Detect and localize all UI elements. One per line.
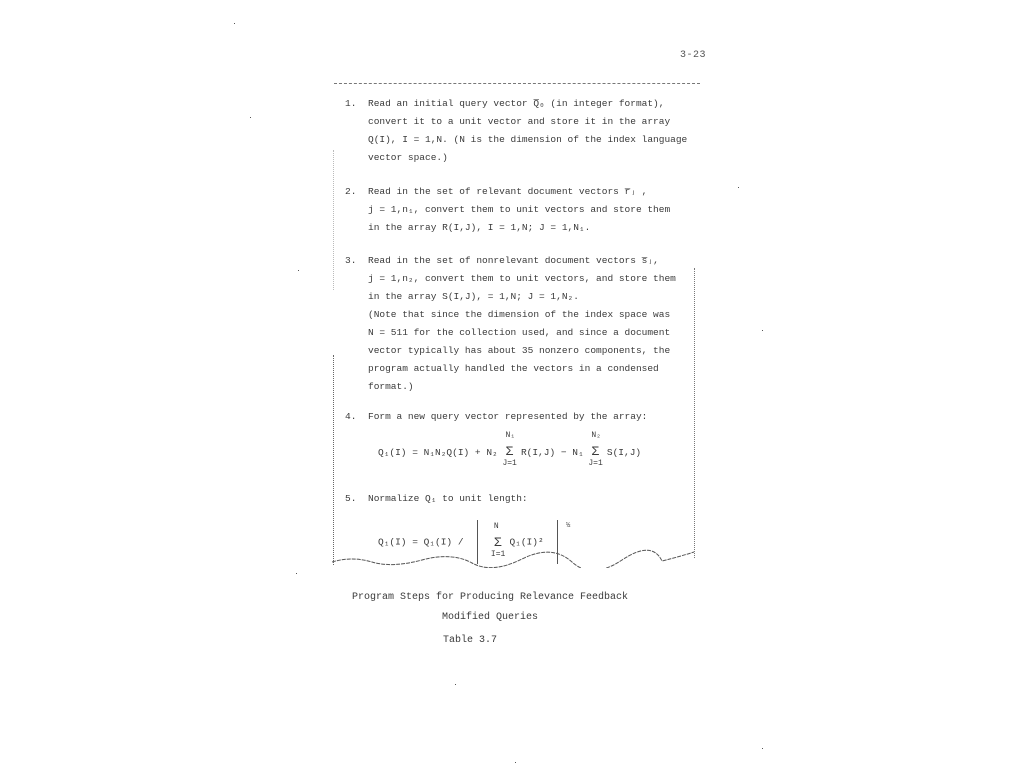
scan-speck [234, 23, 235, 24]
table-label: Table 3.7 [0, 635, 970, 646]
step-text-line: program actually handled the vectors in … [368, 360, 688, 378]
summation-symbol: ΣN₁J=1 [505, 444, 513, 459]
summation-symbol: ΣN₂J=1 [591, 444, 599, 459]
step-text-line: vector typically has about 35 nonzero co… [368, 342, 688, 360]
step-text-line: Normalize Q₁ to unit length: [368, 490, 688, 508]
formula-term: Q₁(I)² [509, 537, 543, 548]
scan-speck [455, 684, 456, 685]
step-number: 5. [345, 490, 365, 508]
left-border [333, 355, 334, 565]
page-number: 3-23 [680, 50, 706, 61]
formula-lhs: Q₁(I) = Q₁(I) / [378, 537, 464, 548]
step-number: 3. [345, 252, 365, 270]
step-text-line: N = 511 for the collection used, and sin… [368, 324, 688, 342]
caption-line-1: Program Steps for Producing Relevance Fe… [0, 592, 990, 603]
right-border [694, 268, 695, 558]
step-text-line: Form a new query vector represented by t… [368, 408, 688, 426]
step-text-line: j = 1,n₂, convert them to unit vectors, … [368, 270, 688, 288]
step-text-line: j = 1,n₁, convert them to unit vectors a… [368, 201, 688, 219]
step-text-line: Q(I), I = 1,N. (N is the dimension of th… [368, 131, 688, 149]
step-4-formula: Q₁(I) = N₁N₂Q(I) + N₂ ΣN₁J=1 R(I,J) − N₁… [378, 444, 641, 459]
left-border-upper [333, 150, 334, 290]
scan-speck [298, 270, 299, 271]
top-rule [334, 83, 700, 84]
step-text-line: vector space.) [368, 149, 688, 167]
step-text-line: Read an initial query vector Q̅₀ (in int… [368, 95, 688, 113]
step-text-line: Read in the set of relevant document vec… [368, 183, 688, 201]
formula-lhs: Q₁(I) = N₁N₂Q(I) + N₂ [378, 447, 498, 458]
caption-line-2: Modified Queries [0, 612, 990, 623]
step-5-formula: Q₁(I) = Q₁(I) / ΣNI=1 Q₁(I)² ½ [378, 520, 570, 564]
step-number: 4. [345, 408, 365, 426]
scan-speck [762, 748, 763, 749]
summation-symbol: ΣNI=1 [494, 535, 502, 550]
scan-speck [762, 330, 763, 331]
bracket-right [557, 520, 558, 564]
step-number: 2. [345, 183, 365, 201]
scan-speck [515, 762, 516, 763]
step-text-line: (Note that since the dimension of the in… [368, 306, 688, 324]
step-number: 1. [345, 95, 365, 113]
scan-speck [250, 117, 251, 118]
scan-speck [296, 573, 297, 574]
formula-term: S(I,J) [607, 447, 641, 458]
step-text-line: format.) [368, 378, 688, 396]
step-text-line: Read in the set of nonrelevant document … [368, 252, 688, 270]
formula-term: R(I,J) − N₁ [521, 447, 584, 458]
step-text-line: in the array R(I,J), I = 1,N; J = 1,N₁. [368, 219, 688, 237]
step-text-line: in the array S(I,J), = 1,N; J = 1,N₂. [368, 288, 688, 306]
bracket-left [477, 520, 478, 564]
step-text-line: convert it to a unit vector and store it… [368, 113, 688, 131]
scan-speck [738, 187, 739, 188]
formula-exponent: ½ [566, 522, 570, 530]
